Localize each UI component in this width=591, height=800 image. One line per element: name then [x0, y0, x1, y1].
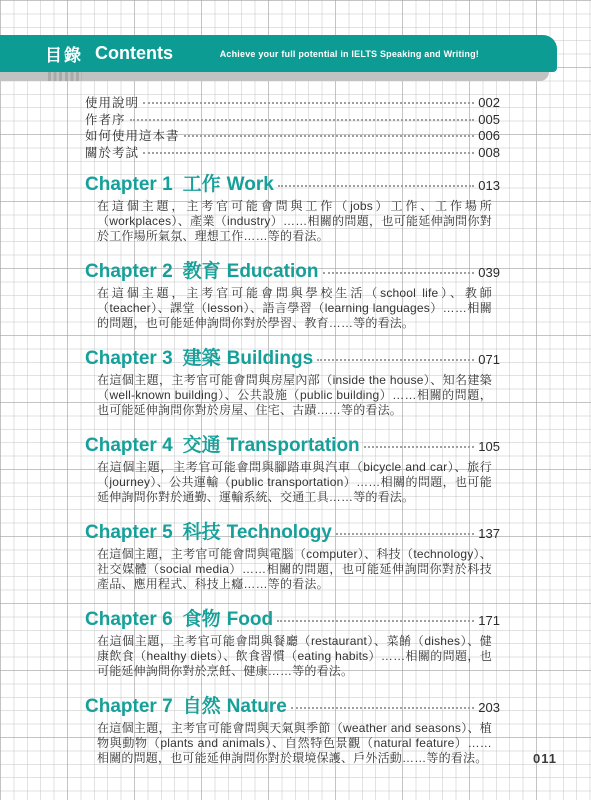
dotted-leader: [278, 185, 474, 187]
chapter-page-number: 071: [478, 349, 500, 370]
dotted-leader: [323, 272, 475, 274]
chapter-title-en: Buildings: [227, 348, 314, 369]
chapter-label: Chapter 6: [85, 609, 173, 630]
chapter-heading: Chapter 5科技Technology 137: [85, 522, 500, 544]
chapter-label: Chapter 1: [85, 174, 173, 195]
chapter-page-number: 013: [478, 175, 500, 196]
chapter-title-en: Work: [227, 174, 274, 195]
chapter-page-number: 203: [478, 697, 500, 718]
front-matter-entry: 使用說明 002: [85, 93, 500, 110]
chapter-title-cjk: 自然: [183, 696, 221, 717]
chapter-title-en: Technology: [227, 522, 332, 543]
chapter-title-cjk: 科技: [183, 522, 221, 543]
dotted-leader: [364, 446, 475, 448]
chapter-title-cjk: 交通: [183, 435, 221, 456]
chapter-page-number: 137: [478, 523, 500, 544]
header-title-en: Contents: [95, 43, 173, 64]
chapter-title-cjk: 食物: [183, 609, 221, 630]
entry-label: 如何使用這本書: [85, 126, 180, 144]
chapter-list: Chapter 1工作Work 013 在這個主題，主考官可能會問與工作（job…: [85, 174, 500, 766]
entry-label: 使用說明: [85, 93, 139, 111]
front-matter-entry: 作者序 005: [85, 110, 500, 127]
dotted-leader: [317, 359, 474, 361]
chapter-block: Chapter 4交通Transportation 105 在這個主題，主考官可…: [85, 435, 500, 505]
entry-page-number: 008: [478, 145, 500, 160]
chapter-block: Chapter 3建築Buildings 071 在這個主題，主考官可能會問與房…: [85, 348, 500, 418]
chapter-block: Chapter 1工作Work 013 在這個主題，主考官可能會問與工作（job…: [85, 174, 500, 244]
chapter-title-en: Nature: [227, 696, 287, 717]
dotted-leader: [336, 533, 474, 535]
header-ticks-decoration: [48, 72, 82, 81]
chapter-label: Chapter 7: [85, 696, 173, 717]
chapter-block: Chapter 7自然Nature 203 在這個主題，主考官可能會問與天氣與季…: [85, 696, 500, 766]
chapter-title: Chapter 1工作Work: [85, 174, 274, 195]
chapter-title-en: Education: [227, 261, 319, 282]
entry-page-number: 005: [478, 112, 500, 127]
entry-label: 關於考試: [85, 143, 139, 161]
chapter-heading: Chapter 2教育Education 039: [85, 261, 500, 283]
dotted-leader: [184, 135, 475, 137]
chapter-description: 在這個主題，主考官可能會問與工作（jobs）工作、工作場所（workplaces…: [97, 199, 492, 244]
chapter-title-en: Food: [227, 609, 273, 630]
chapter-title-en: Transportation: [227, 435, 360, 456]
chapter-description: 在這個主題，主考官可能會問與餐廳（restaurant）、菜餚（dishes）、…: [97, 634, 492, 679]
chapter-block: Chapter 5科技Technology 137 在這個主題，主考官可能會問與…: [85, 522, 500, 592]
entry-page-number: 006: [478, 128, 500, 143]
chapter-description: 在這個主題，主考官可能會問與天氣與季節（weather and seasons）…: [97, 721, 492, 766]
header-tagline: Achieve your full potential in IELTS Spe…: [220, 35, 479, 72]
dotted-leader: [277, 620, 474, 622]
chapter-title: Chapter 6食物Food: [85, 609, 273, 630]
header-shadow-bar: [0, 72, 549, 81]
front-matter-entry: 如何使用這本書 006: [85, 126, 500, 143]
chapter-title: Chapter 4交通Transportation: [85, 435, 360, 456]
dotted-leader: [291, 707, 474, 709]
header-title-cjk: 目錄: [45, 41, 83, 66]
chapter-label: Chapter 2: [85, 261, 173, 282]
toc-content: 使用說明 002 作者序 005 如何使用這本書 006 關於考試 008 Ch…: [85, 93, 500, 766]
chapter-heading: Chapter 4交通Transportation 105: [85, 435, 500, 457]
chapter-label: Chapter 5: [85, 522, 173, 543]
entry-page-number: 002: [478, 95, 500, 110]
chapter-title: Chapter 7自然Nature: [85, 696, 287, 717]
chapter-title: Chapter 3建築Buildings: [85, 348, 313, 369]
front-matter-list: 使用說明 002 作者序 005 如何使用這本書 006 關於考試 008: [85, 93, 500, 159]
dotted-leader: [130, 119, 475, 121]
entry-label: 作者序: [85, 110, 126, 128]
chapter-page-number: 105: [478, 436, 500, 457]
chapter-label: Chapter 4: [85, 435, 173, 456]
chapter-description: 在這個主題，主考官可能會問與學校生活（school life）、教師（teach…: [97, 286, 492, 331]
dotted-leader: [143, 152, 474, 154]
chapter-heading: Chapter 3建築Buildings 071: [85, 348, 500, 370]
book-page: 目錄 Contents Achieve your full potential …: [0, 0, 591, 800]
chapter-title: Chapter 5科技Technology: [85, 522, 332, 543]
folio-page-number: 011: [533, 751, 557, 766]
chapter-page-number: 171: [478, 610, 500, 631]
header-bar: 目錄 Contents Achieve your full potential …: [0, 35, 557, 72]
chapter-description: 在這個主題，主考官可能會問與房屋內部（inside the house）、知名建…: [97, 373, 492, 418]
chapter-description: 在這個主題，主考官可能會問與腳踏車與汽車（bicycle and car）、旅行…: [97, 460, 492, 505]
chapter-heading: Chapter 7自然Nature 203: [85, 696, 500, 718]
chapter-title-cjk: 教育: [183, 261, 221, 282]
front-matter-entry: 關於考試 008: [85, 143, 500, 160]
dotted-leader: [143, 102, 474, 104]
chapter-heading: Chapter 1工作Work 013: [85, 174, 500, 196]
chapter-block: Chapter 2教育Education 039 在這個主題，主考官可能會問與學…: [85, 261, 500, 331]
chapter-page-number: 039: [478, 262, 500, 283]
chapter-title-cjk: 工作: [183, 174, 221, 195]
chapter-description: 在這個主題，主考官可能會問與電腦（computer）、科技（technology…: [97, 547, 492, 592]
chapter-block: Chapter 6食物Food 171 在這個主題，主考官可能會問與餐廳（res…: [85, 609, 500, 679]
chapter-label: Chapter 3: [85, 348, 173, 369]
chapter-title-cjk: 建築: [183, 348, 221, 369]
chapter-heading: Chapter 6食物Food 171: [85, 609, 500, 631]
chapter-title: Chapter 2教育Education: [85, 261, 319, 282]
